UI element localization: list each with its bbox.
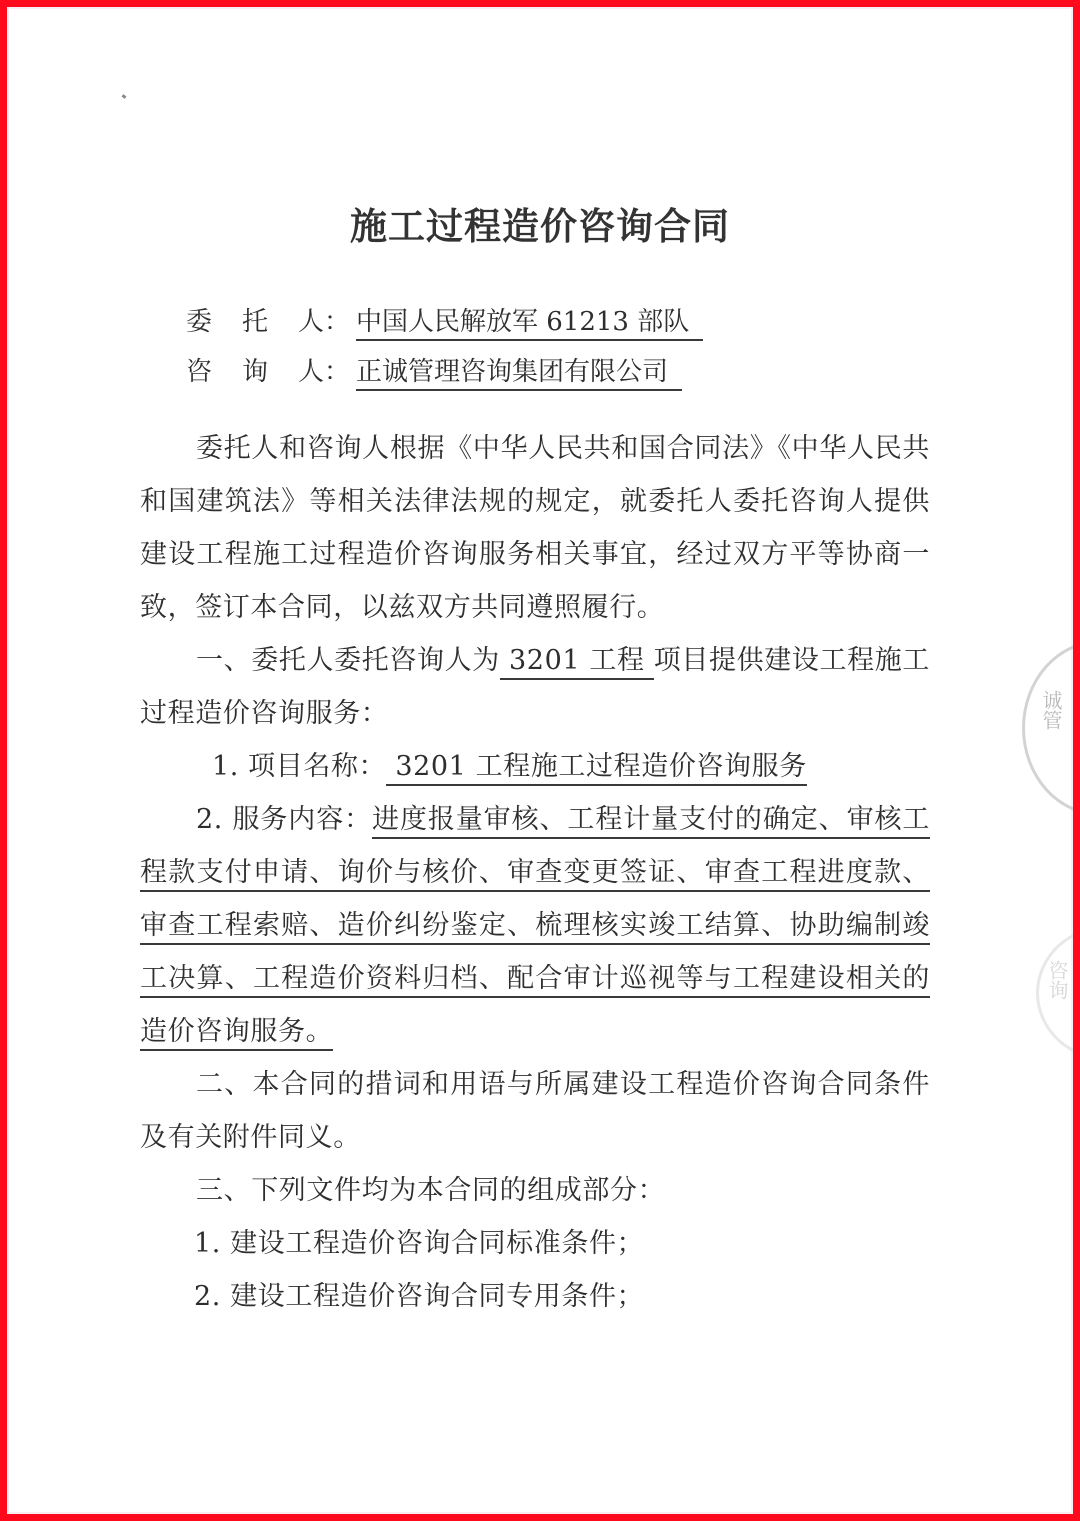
clause-2: 二、本合同的措词和用语与所属建设工程造价咨询合同条件及有关附件同义。 [140, 1058, 930, 1164]
seal-stamp-faint-text: 咨询 [1046, 960, 1068, 1000]
party-client-label: 委托人： [186, 302, 356, 342]
party-consultant-value: 正诚管理咨询集团有限公司 [356, 355, 682, 391]
clause-1-item-2: 2. 服务内容：进度报量审核、工程计量支付的确定、审核工程款支付申请、询价与核价… [140, 793, 930, 1058]
item-2-value: 进度报量审核、工程计量支付的确定、审核工程款支付申请、询价与核价、审查变更签证、… [140, 804, 930, 1051]
label-char: 询 [242, 352, 298, 392]
label-char: 委 [186, 302, 242, 342]
party-client-value: 中国人民解放军 61213 部队 [356, 305, 703, 341]
item-2-label: 2. 服务内容： [196, 804, 372, 835]
document-title: 施工过程造价咨询合同 [0, 196, 1080, 250]
clause-3-item-2: 2. 建设工程造价咨询合同专用条件； [140, 1270, 930, 1323]
label-char: 托 [242, 302, 298, 342]
label-char: 人： [298, 352, 350, 392]
item-1-label: 1. 项目名称： [212, 751, 386, 782]
clause-1: 一、委托人委托咨询人为 3201 工程 项目提供建设工程施工过程造价咨询服务： [140, 634, 930, 740]
item-1-value: 3201 工程施工过程造价咨询服务 [386, 751, 807, 786]
party-consultant-label: 咨询人： [186, 352, 356, 392]
seal-stamp-text: 诚管 [1040, 690, 1062, 730]
label-char: 咨 [186, 352, 242, 392]
contract-body: 委托人和咨询人根据《中华人民共和国合同法》《中华人民共和国建筑法》等相关法律法规… [140, 422, 930, 1323]
party-client: 委托人： 中国人民解放军 61213 部队 [186, 302, 703, 342]
scan-speck [122, 94, 127, 99]
clause-3-heading: 三、下列文件均为本合同的组成部分： [140, 1164, 930, 1217]
clause-3-item-1: 1. 建设工程造价咨询合同标准条件； [140, 1217, 930, 1270]
clause-1-project-name: 3201 工程 [500, 645, 654, 680]
clause-1-prefix: 一、委托人委托咨询人为 [196, 645, 500, 676]
label-char: 人： [298, 302, 350, 342]
preamble-paragraph: 委托人和咨询人根据《中华人民共和国合同法》《中华人民共和国建筑法》等相关法律法规… [140, 422, 930, 634]
party-consultant: 咨询人： 正诚管理咨询集团有限公司 [186, 352, 682, 392]
clause-1-item-1: 1. 项目名称： 3201 工程施工过程造价咨询服务 [140, 740, 930, 793]
